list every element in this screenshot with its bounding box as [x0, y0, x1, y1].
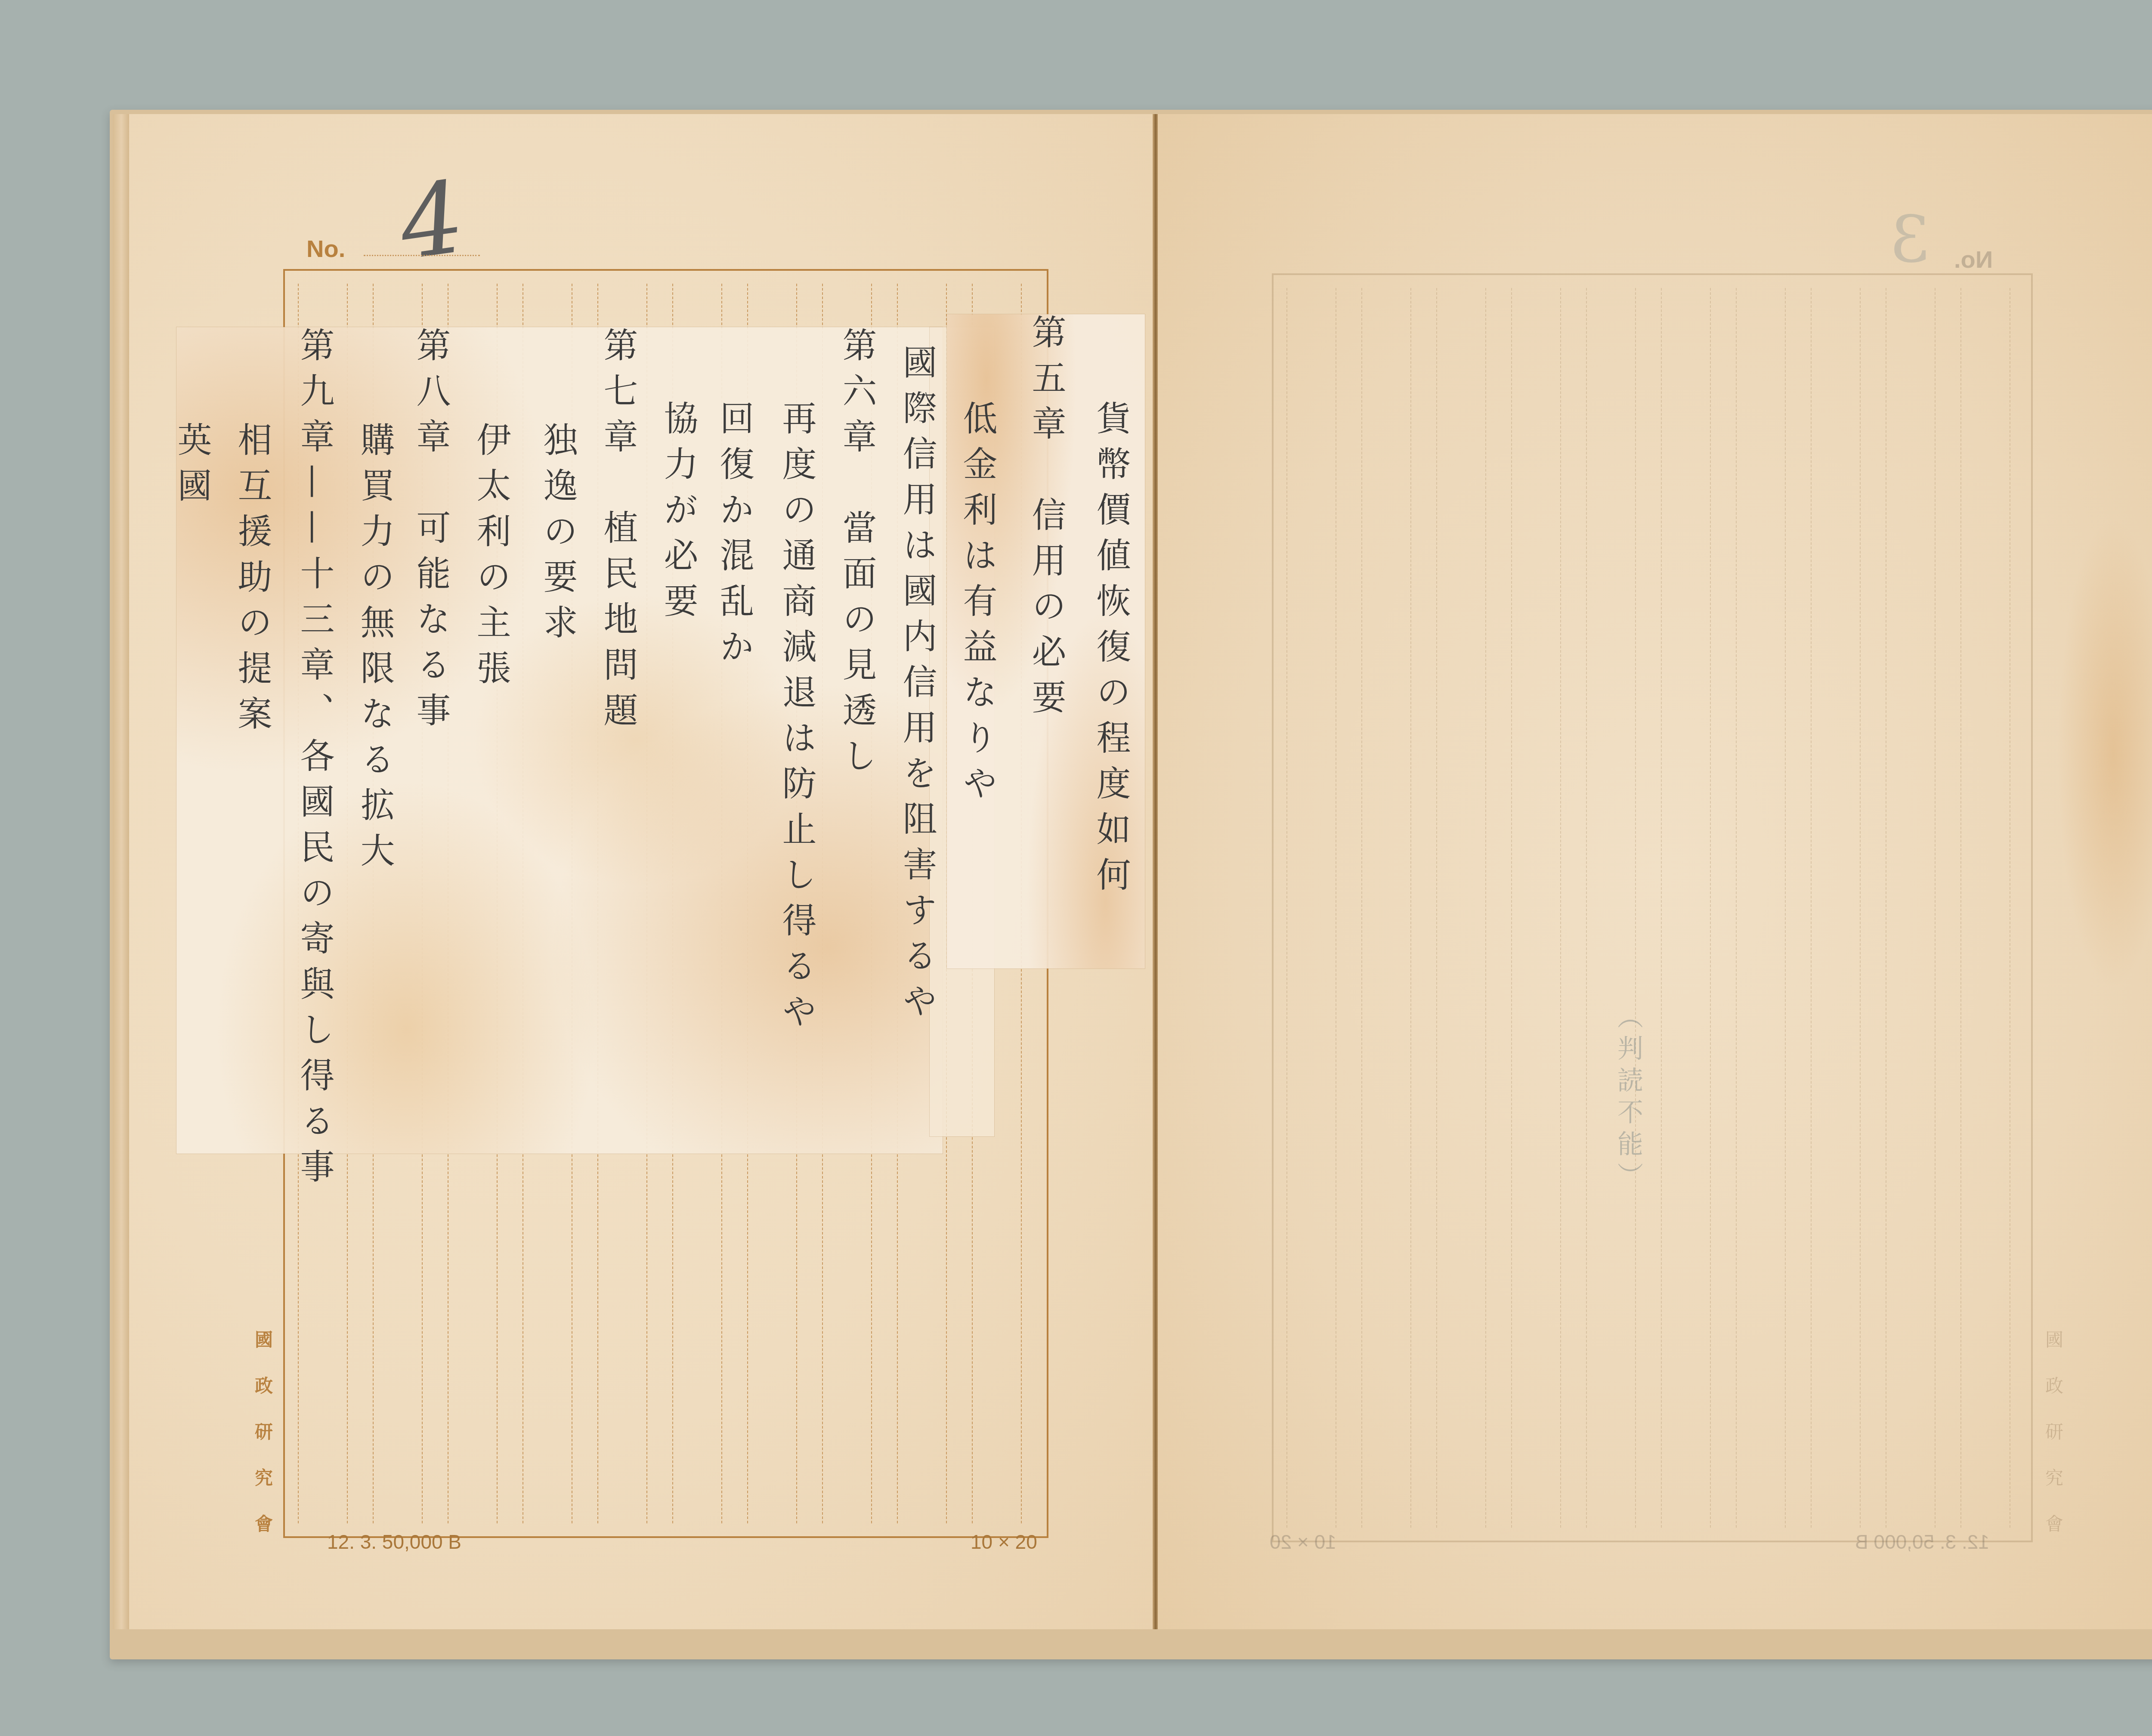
handwritten-line: 再度の通商減退は防止し得るや: [779, 400, 813, 1039]
handwritten-line: 第九章——十三章、各國民の寄與し得る事: [297, 327, 331, 1194]
foxing-stain: [2057, 517, 2152, 990]
grid-column: [1811, 288, 1861, 1528]
bleed-through-page-number: 3: [1889, 202, 1930, 277]
faint-pencil-note: （判読不能）: [1610, 1003, 1647, 1194]
grid-column: [1886, 288, 1936, 1528]
handwritten-line: 第八章 可能なる事: [413, 327, 448, 738]
grid-column: [1586, 288, 1636, 1528]
grid-column: [1286, 288, 1336, 1528]
grid-column: [1436, 288, 1486, 1528]
manuscript-grid-right-bleed: [1272, 273, 2033, 1542]
grid-size-label: 10 × 20: [971, 1530, 1037, 1553]
handwritten-line: 伊太利の主張: [473, 422, 508, 696]
handwritten-line: 第六章 當面の見透し: [839, 327, 874, 783]
grid-column: [1960, 288, 2010, 1528]
handwritten-line: 相互援助の提案: [235, 422, 269, 741]
handwritten-line: 回復か混乱か: [717, 400, 751, 674]
handwritten-line: 貨幣價値恢復の程度如何: [1093, 400, 1128, 902]
bleed-through-publisher: 國政研究會: [2044, 1330, 2066, 1560]
bleed-through-grid-size: 10 × 20: [1270, 1530, 1336, 1553]
handwritten-line: 独逸の要求: [540, 422, 575, 650]
handwritten-line: 第五章 信用の必要: [1029, 314, 1063, 725]
page-no-label: No.: [306, 235, 345, 263]
handwritten-line: 第七章 植民地問題: [600, 327, 635, 738]
handwritten-line: 英國: [174, 422, 209, 513]
page-no-dotted-line: [364, 255, 480, 256]
left-binding-edge: [113, 114, 130, 1629]
grid-column: [1661, 288, 1711, 1528]
handwritten-line: 國際信用は國内信用を阻害するや: [900, 344, 934, 1029]
grid-column: [1511, 288, 1561, 1528]
handwritten-line: 低金利は有益なりや: [960, 400, 994, 811]
publisher-imprint: 國政研究會: [254, 1330, 275, 1560]
grid-column: [1736, 288, 1786, 1528]
handwritten-line: 協力が必要: [661, 400, 695, 628]
handwritten-line: 購買力の無限なる拡大: [357, 422, 392, 878]
bleed-through-no-label: No.: [1954, 245, 1993, 273]
grid-column: [1361, 288, 1411, 1528]
print-run-code: 12. 3. 50,000 B: [327, 1530, 461, 1553]
bleed-through-print-code: 12. 3. 50,000 B: [1855, 1530, 1989, 1553]
